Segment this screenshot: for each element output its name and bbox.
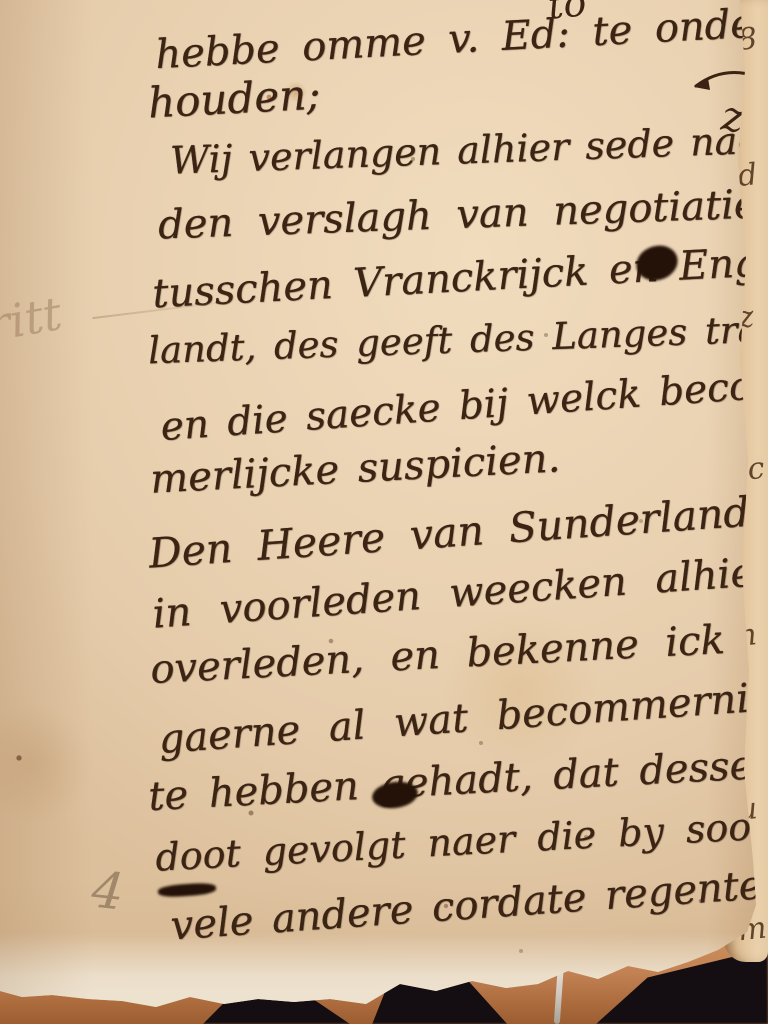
handwriting-line: tusschen Vranckrijck en Enge= — [151, 237, 768, 318]
handwriting-line: en die saecke bij welck becom= — [159, 359, 768, 450]
handwriting-line: den verslagh van negotiatie — [157, 182, 758, 249]
folio-page-number: 4 — [89, 860, 127, 921]
handwriting-line: Wij verlangen alhier sede naer — [169, 117, 768, 182]
faint-margin-note: ritt — [0, 286, 66, 352]
handwriting-line: landt, des geeft des Langes train — [147, 307, 768, 373]
manuscript-photo: 8 d z ic h u m to hebbe omme v. Ed: te o… — [0, 0, 768, 1024]
ink-speckles — [0, 0, 2, 2]
handwriting-line: hebbe omme v. Ed: te onder — [154, 0, 768, 78]
ink-blot — [158, 882, 217, 898]
manuscript-page: to hebbe omme v. Ed: te onder houden; Wi… — [0, 0, 768, 1024]
handwriting-line: houden; — [147, 70, 322, 128]
